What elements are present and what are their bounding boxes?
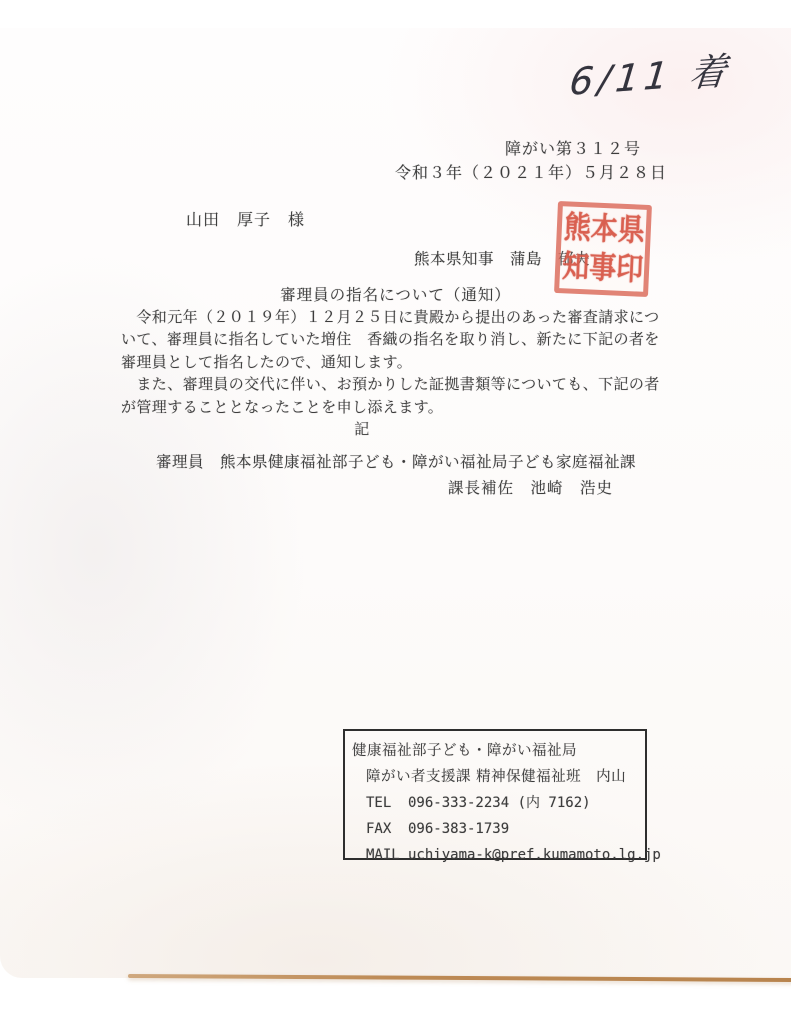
body-line: また、審理員の交代に伴い、お預かりした証拠書類等についても、下記の者 bbox=[121, 373, 677, 395]
seal-char: 知 bbox=[562, 251, 590, 283]
contact-section-line: 障がい者支援課 精神保健福祉班 内山 bbox=[352, 764, 639, 790]
issue-date: 令和３年（２０２１年）５月２８日 bbox=[395, 160, 667, 183]
doc-number: 障がい第３１２号 bbox=[505, 136, 641, 159]
seal-char: 県 bbox=[617, 215, 645, 247]
tel-value: 096-333-2234 (内 7162) bbox=[408, 795, 591, 811]
contact-info-box: 健康福祉部子ども・障がい福祉局 障がい者支援課 精神保健福祉班 内山 TEL09… bbox=[343, 729, 647, 860]
seal-char: 熊 bbox=[563, 212, 591, 244]
contact-fax-row: FAX096-383-1739 bbox=[352, 816, 639, 842]
document-photo: 6/11 着 障がい第３１２号 令和３年（２０２１年）５月２８日 山田 厚子 様… bbox=[0, 0, 791, 1024]
seal-char: 印 bbox=[615, 254, 643, 286]
ki-marker: 記 bbox=[121, 418, 677, 440]
body-line: 審理員として指名したので、通知します。 bbox=[121, 351, 677, 373]
body-line: が管理することとなったことを申し添えます。 bbox=[121, 396, 677, 418]
contact-mail-row: MAILuchiyama-k@pref.kumamoto.lg.jp bbox=[352, 842, 639, 868]
contact-dept-line: 健康福祉部子ども・障がい福祉局 bbox=[352, 738, 639, 764]
seal-char: 事 bbox=[588, 252, 616, 284]
mail-value: uchiyama-k@pref.kumamoto.lg.jp bbox=[408, 847, 661, 863]
subject-line: 審理員の指名について（通知） bbox=[0, 283, 791, 305]
body-line: 令和元年（２０１９年）１２月２５日に貴殿から提出のあった審査請求につ bbox=[121, 306, 677, 328]
body-line: いて、審理員に指名していた増住 香織の指名を取り消し、新たに下記の者を bbox=[121, 328, 677, 350]
examiner-title-line: 審理員 熊本県健康福祉部子ども・障がい福祉局子ども家庭福祉課 bbox=[156, 450, 636, 472]
body-text: 令和元年（２０１９年）１２月２５日に貴殿から提出のあった審査請求につ いて、審理… bbox=[121, 306, 677, 440]
fax-label: FAX bbox=[366, 816, 408, 842]
fax-value: 096-383-1739 bbox=[408, 821, 509, 837]
examiner-name-line: 課長補佐 池崎 浩史 bbox=[448, 476, 613, 498]
seal-char: 本 bbox=[590, 213, 618, 245]
addressee-name: 山田 厚子 様 bbox=[186, 207, 305, 230]
tel-label: TEL bbox=[366, 790, 408, 816]
mail-label: MAIL bbox=[366, 842, 408, 868]
contact-tel-row: TEL096-333-2234 (内 7162) bbox=[352, 790, 639, 816]
